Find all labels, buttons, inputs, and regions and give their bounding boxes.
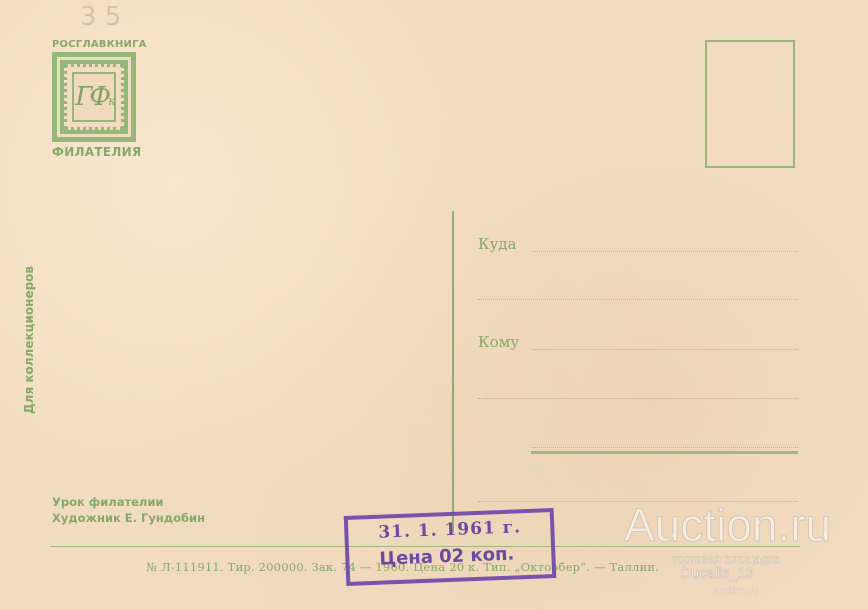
postcard-back: 3 5 РОСГЛАВКНИГА ГФк ФИЛАТЕЛИЯ Для колле… [0, 0, 868, 610]
watermark-subtitle: торговая площадка [672, 552, 780, 566]
address-where-line-1 [531, 251, 798, 252]
price-postmark-stamp: 31. 1. 1961 г. Цена 02 коп. [344, 508, 557, 586]
address-where-line-2 [478, 299, 798, 300]
credits: Урок филателии Художник Е. Гундобин [52, 494, 205, 526]
center-divider [452, 211, 454, 533]
stamp-placeholder-box [705, 40, 795, 168]
postmark-date: 31. 1. 1961 г. [378, 517, 521, 542]
publisher-name: РОСГЛАВКНИГА [52, 39, 136, 50]
pencil-note: 3 5 [80, 2, 121, 32]
watermark-brand: Auction.ru [624, 498, 831, 552]
collectors-label: Для коллекционеров [22, 266, 36, 414]
postmark-price: Цена 02 коп. [379, 544, 515, 570]
address-whom-line-1 [531, 349, 798, 350]
philately-logo-icon: ГФк [52, 52, 136, 142]
watermark-domain: auction.ru [714, 586, 758, 597]
address-whom-label: Кому [478, 333, 519, 351]
publisher-series: ФИЛАТЕЛИЯ [52, 145, 136, 159]
address-whom-line-2 [478, 398, 798, 399]
artist-credit: Художник Е. Гундобин [52, 510, 205, 526]
index-dotted-line [531, 447, 798, 448]
watermark-seller: Ducalis_13 [680, 565, 754, 582]
card-title: Урок филателии [52, 494, 205, 510]
index-solid-line [531, 451, 798, 454]
logo-monogram: ГФк [74, 82, 114, 112]
address-where-label: Куда [478, 235, 517, 253]
